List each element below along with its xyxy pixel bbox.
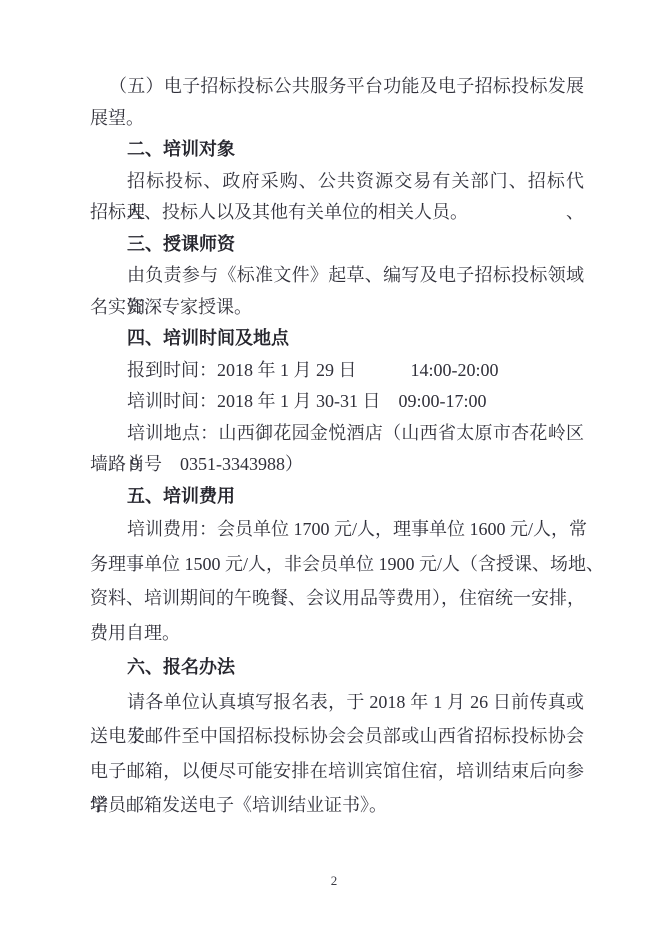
para-lecturers-line1: 由负责参与《标准文件》起草、编写及电子招标投标领域知 (90, 260, 584, 292)
para-registration-line3: 电子邮箱，以便尽可能安排在培训宾馆住宿，培训结束后向参培 (90, 754, 584, 789)
para-fee-line3: 资料、培训期间的午晚餐、会议用品等费用），住宿统一安排， (90, 581, 584, 616)
document-page: （五）电子招标投标公共服务平台功能及电子招标投标发展 展望。 二、培训对象 招标… (0, 0, 668, 931)
heading-time-place: 四、培训时间及地点 (90, 323, 584, 355)
heading-training-targets: 二、培训对象 (90, 134, 584, 166)
heading-lecturers: 三、授课师资 (90, 229, 584, 261)
document-body-lower: 培训费用：会员单位 1700 元/人，理事单位 1600 元/人，常 务理事单位… (90, 512, 584, 823)
line-training-place-2: 墙路 9 号 0351-3343988） (90, 449, 584, 481)
para-item5-line1: （五）电子招标投标公共服务平台功能及电子招标投标发展 (90, 71, 584, 103)
para-registration-line4: 学员邮箱发送电子《培训结业证书》。 (90, 788, 584, 823)
heading-registration: 六、报名办法 (90, 650, 584, 685)
heading-training-fee: 五、培训费用 (90, 481, 584, 513)
line-training-place-1: 培训地点：山西御花园金悦酒店（山西省太原市杏花岭区肖 (90, 418, 584, 450)
para-fee-line4: 费用自理。 (90, 616, 584, 651)
para-registration-line2: 送电子邮件至中国招标投标协会会员部或山西省招标投标协会 (90, 719, 584, 754)
line-checkin-time: 报到时间：2018 年 1 月 29 日 14:00-20:00 (90, 355, 584, 387)
para-item5-line2: 展望。 (90, 103, 584, 135)
line-training-time: 培训时间：2018 年 1 月 30-31 日 09:00-17:00 (90, 386, 584, 418)
para-registration-line1: 请各单位认真填写报名表，于 2018 年 1 月 26 日前传真或发 (90, 685, 584, 720)
para-fee-line2: 务理事单位 1500 元/人，非会员单位 1900 元/人（含授课、场地、 (90, 547, 584, 582)
para-lecturers-line2: 名实资深专家授课。 (90, 292, 584, 324)
page-number: 2 (0, 871, 668, 891)
document-body: （五）电子招标投标公共服务平台功能及电子招标投标发展 展望。 二、培训对象 招标… (90, 71, 584, 823)
para-targets-line1: 招标投标、政府采购、公共资源交易有关部门、招标代理、 (90, 166, 584, 198)
para-fee-line1: 培训费用：会员单位 1700 元/人，理事单位 1600 元/人，常 (90, 512, 584, 547)
